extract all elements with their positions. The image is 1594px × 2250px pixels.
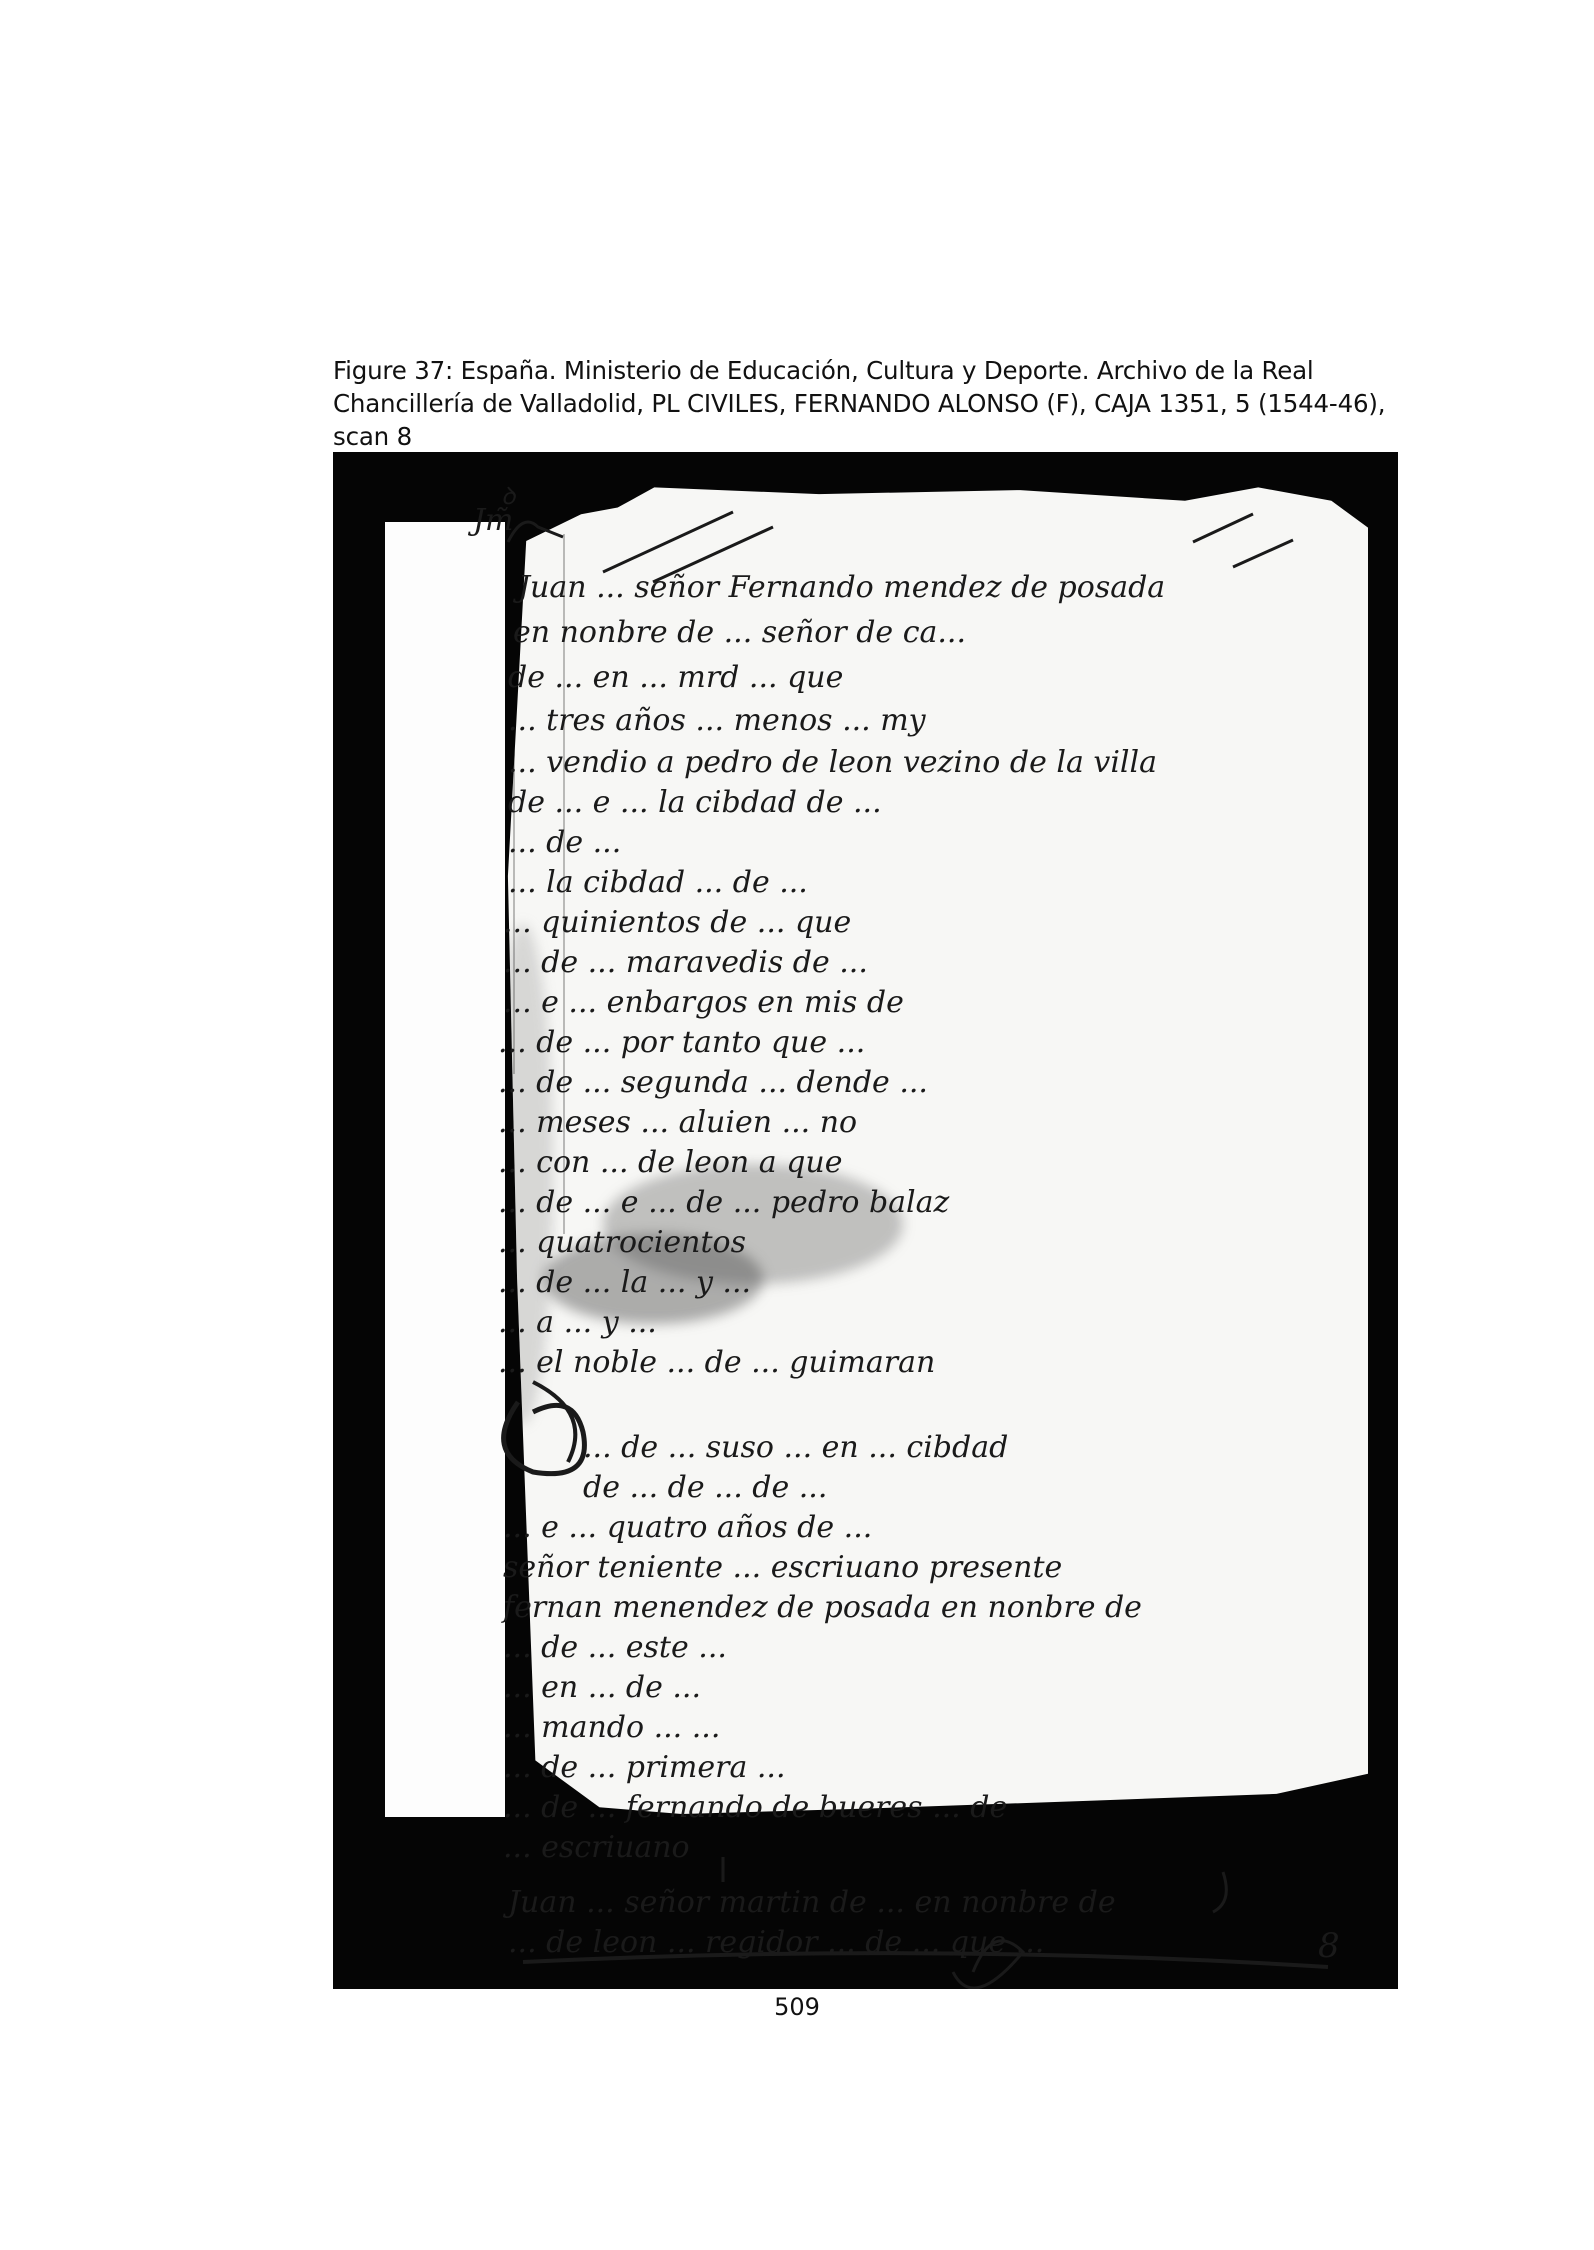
manuscript-line: ... e ... quatro años de ... xyxy=(503,1510,872,1545)
manuscript-line: ... de ... primera ... xyxy=(503,1750,786,1785)
manuscript-line: ... quatrocientos xyxy=(498,1225,746,1260)
manuscript-line: ... de ... por tanto que ... xyxy=(498,1025,865,1060)
manuscript-line: ... la cibdad ... de ... xyxy=(508,865,808,900)
page-number: 509 xyxy=(0,1993,1594,2021)
manuscript-line: ... en ... de ... xyxy=(503,1670,701,1705)
manuscript-line: ... el noble ... de ... guimaran xyxy=(498,1345,935,1380)
manuscript-line: Juan ... señor martin de ... en nonbre d… xyxy=(502,1885,1116,1920)
svg-text:ꝺ: ꝺ xyxy=(501,482,517,510)
manuscript-line: ... tres años ... menos ... my xyxy=(508,703,927,738)
manuscript-line: ... vendio a pedro de leon vezino de la … xyxy=(508,745,1157,780)
manuscript-line: ... a ... y ... xyxy=(498,1305,657,1340)
manuscript-line: ... mando ... ... xyxy=(503,1710,720,1745)
manuscript-line: ... de ... fernando de bueres ... de xyxy=(503,1790,1007,1825)
manuscript-line: señor teniente ... escriuano presente xyxy=(503,1550,1062,1585)
manuscript-line: ... de ... e ... de ... pedro balaz xyxy=(498,1185,950,1220)
manuscript-line: ... de ... este ... xyxy=(503,1630,727,1665)
manuscript-line: en nonbre de ... señor de ca... xyxy=(513,615,966,650)
manuscript-line: ... de ... xyxy=(508,825,621,860)
manuscript-line: ... de ... la ... y ... xyxy=(498,1265,751,1300)
manuscript-line: de ... e ... la cibdad de ... xyxy=(508,785,882,820)
manuscript-line: ... meses ... aluien ... no xyxy=(498,1105,857,1140)
manuscript-line: ... quinientos de ... que xyxy=(503,905,851,940)
manuscript-line: Juan ... señor Fernando mendez de posada xyxy=(512,570,1165,605)
manuscript-line: ... e ... enbargos en mis de xyxy=(503,985,904,1020)
manuscript-handwriting: Jm̃ ꝺ Juan ... señor Fernando mendez de … xyxy=(333,452,1398,1989)
manuscript-line: ... con ... de leon a que xyxy=(498,1145,842,1180)
manuscript-line: ... de ... suso ... en ... cibdad xyxy=(583,1430,1008,1465)
manuscript-line: ... de ... segunda ... dende ... xyxy=(498,1065,928,1100)
manuscript-line: ... de ... maravedis de ... xyxy=(503,945,868,980)
manuscript-line: ... escriuano xyxy=(503,1830,690,1865)
manuscript-scan-figure: Jm̃ ꝺ Juan ... señor Fernando mendez de … xyxy=(333,452,1398,1989)
manuscript-line: de ... de ... de ... xyxy=(583,1470,827,1505)
marginal-note: 8 xyxy=(1318,1926,1340,1966)
figure-caption: Figure 37: España. Ministerio de Educaci… xyxy=(333,354,1413,453)
manuscript-line: de ... en ... mrd ... que xyxy=(508,660,843,695)
manuscript-line: fernan menendez de posada en nonbre de xyxy=(501,1590,1142,1625)
